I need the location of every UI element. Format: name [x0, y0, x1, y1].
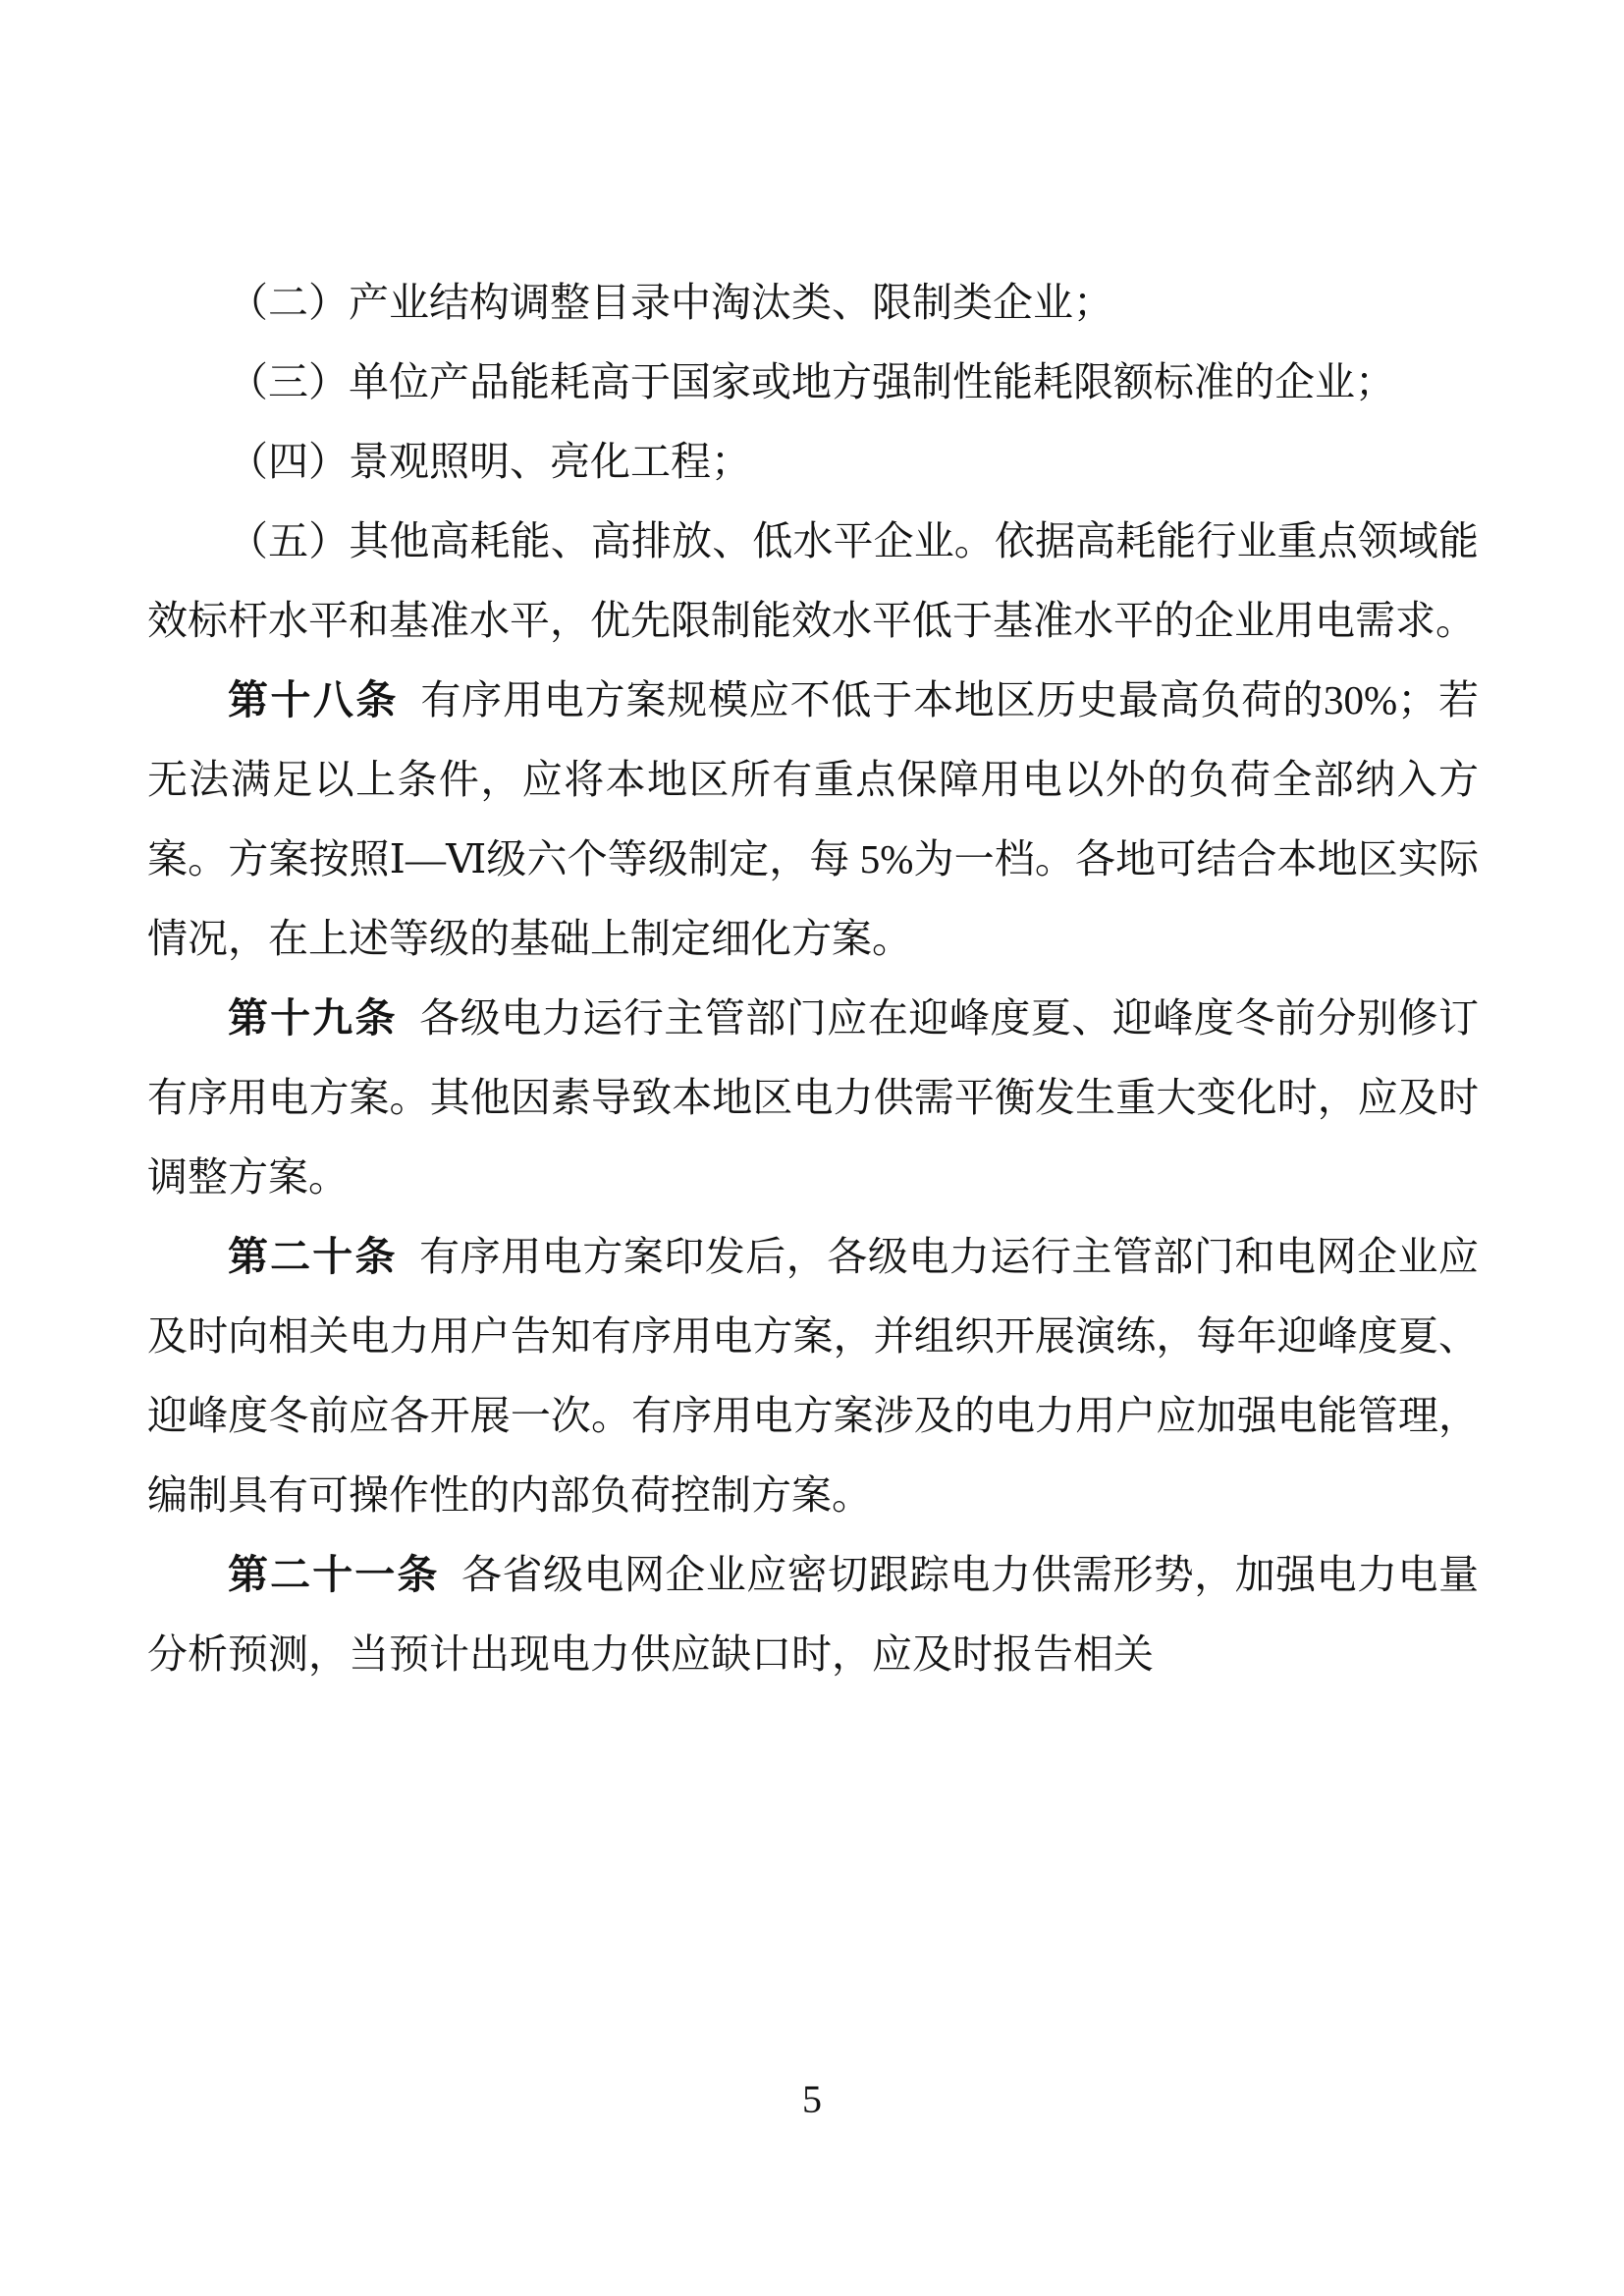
page-number: 5	[0, 2073, 1624, 2126]
clause-item-2: （二）产业结构调整目录中淘汰类、限制类企业；	[147, 263, 1479, 343]
article-number: 第十八条	[228, 677, 399, 722]
article-21: 第二十一条各省级电网企业应密切跟踪电力供需形势，加强电力电量分析预测，当预计出现…	[147, 1535, 1479, 1694]
clause-text: （三）单位产品能耗高于国家或地方强制性能耗限额标准的企业；	[228, 359, 1395, 404]
document-page: （二）产业结构调整目录中淘汰类、限制类企业； （三）单位产品能耗高于国家或地方强…	[0, 0, 1624, 2296]
article-19: 第十九条各级电力运行主管部门应在迎峰度夏、迎峰度冬前分别修订有序用电方案。其他因…	[147, 979, 1479, 1217]
clause-text: （二）产业结构调整目录中淘汰类、限制类企业；	[228, 280, 1113, 325]
article-20: 第二十条有序用电方案印发后，各级电力运行主管部门和电网企业应及时向相关电力用户告…	[147, 1217, 1479, 1535]
clause-item-4: （四）景观照明、亮化工程；	[147, 422, 1479, 502]
article-number: 第二十条	[228, 1234, 398, 1279]
clause-text: （四）景观照明、亮化工程；	[228, 439, 751, 484]
clause-item-5: （五）其他高耗能、高排放、低水平企业。依据高耗能行业重点领域能效标杆水平和基准水…	[147, 502, 1479, 661]
clause-text: （五）其他高耗能、高排放、低水平企业。依据高耗能行业重点领域能效标杆水平和基准水…	[147, 518, 1479, 643]
article-number: 第二十一条	[228, 1552, 439, 1597]
article-18: 第十八条有序用电方案规模应不低于本地区历史最高负荷的30%；若无法满足以上条件，…	[147, 661, 1479, 979]
clause-item-3: （三）单位产品能耗高于国家或地方强制性能耗限额标准的企业；	[147, 343, 1479, 422]
article-number: 第十九条	[228, 995, 398, 1041]
document-body: （二）产业结构调整目录中淘汰类、限制类企业； （三）单位产品能耗高于国家或地方强…	[147, 263, 1479, 1694]
